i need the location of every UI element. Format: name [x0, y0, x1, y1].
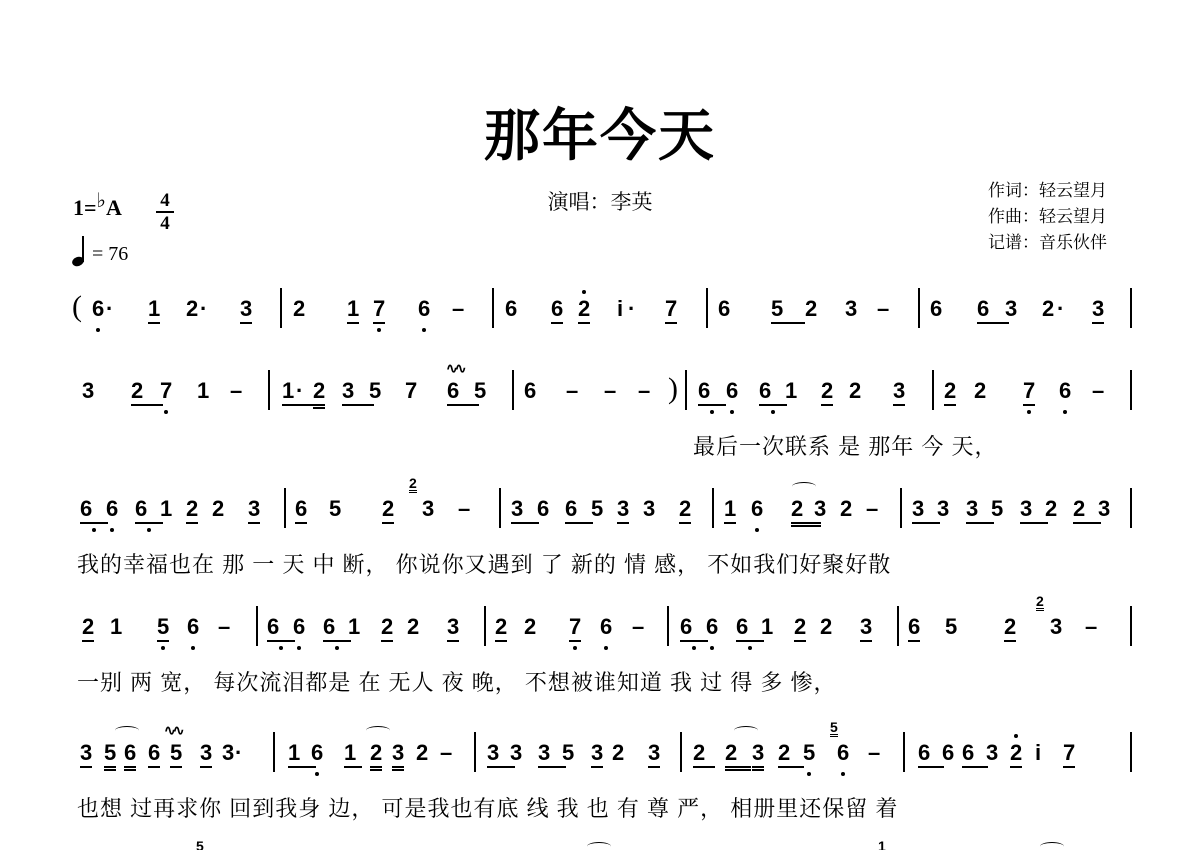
note: 2 — [82, 614, 94, 642]
note: 3 — [1050, 614, 1062, 640]
tempo-value: = 76 — [92, 243, 128, 266]
dash: – — [230, 378, 242, 404]
note: 5 — [562, 740, 574, 766]
note: 6 — [726, 378, 738, 404]
note: 5 — [170, 740, 182, 768]
note: 2 — [495, 614, 507, 642]
score-title: 那年今天 — [0, 92, 1200, 172]
note: 5 — [329, 496, 341, 522]
note: 2 — [524, 614, 536, 640]
note: 3 — [392, 740, 404, 771]
note: 6 — [962, 740, 988, 768]
note: 3 — [814, 496, 826, 522]
note: 2 — [381, 614, 393, 642]
note: 3 — [1098, 496, 1110, 522]
note: 5 — [945, 614, 957, 640]
note: 3 — [893, 378, 905, 406]
note: 6 — [718, 296, 730, 322]
note: 3 — [240, 296, 252, 324]
barline — [667, 606, 669, 646]
note: 6 — [295, 496, 307, 524]
grace-note: 2 — [409, 476, 417, 493]
note: 1 — [347, 296, 359, 324]
note: 1 — [344, 740, 362, 768]
note: 2 — [186, 496, 198, 524]
barline — [256, 606, 258, 646]
barline — [512, 370, 514, 410]
credits: 作词：轻云望月 作曲：轻云望月 记谱：音乐伙伴 — [988, 178, 1107, 256]
dash: – — [566, 378, 578, 404]
note: 2 — [578, 296, 590, 324]
note: 2 — [416, 740, 428, 766]
note: 2 — [1042, 296, 1054, 322]
slur — [366, 726, 390, 735]
lyricist-credit: 作词：轻云望月 — [988, 178, 1107, 204]
note: 1 — [348, 614, 360, 640]
dash: – — [868, 740, 880, 766]
note: 2 — [693, 740, 715, 768]
grace-note: 5 — [196, 838, 204, 850]
note: 3 — [82, 378, 94, 404]
note: 3 — [643, 496, 655, 522]
dot: · — [235, 740, 242, 766]
note: 2 — [313, 378, 325, 409]
key-signature: 1=♭A — [73, 195, 122, 221]
dot: · — [628, 296, 635, 322]
note: 2 — [1004, 614, 1016, 642]
note: 7 — [373, 296, 385, 324]
note: 6 — [293, 614, 305, 640]
note: 3 — [860, 614, 872, 642]
barline — [492, 288, 494, 328]
dash: – — [877, 296, 889, 322]
note: 3 — [986, 740, 998, 766]
barline — [900, 488, 902, 528]
key-tonic: A — [106, 195, 122, 220]
note: 6 — [124, 740, 136, 771]
dash: – — [452, 296, 464, 322]
barline — [1130, 488, 1132, 528]
dot: · — [1057, 296, 1064, 322]
note: 2 — [1073, 496, 1101, 524]
note: 2 — [186, 296, 198, 322]
note: 3 — [447, 614, 459, 642]
time-signature: 4 4 — [156, 191, 174, 233]
note: 6 — [698, 378, 726, 406]
grace-note: 2 — [1036, 594, 1044, 611]
mordent-icon: ∿∿ — [164, 722, 181, 739]
note: 6 — [942, 740, 954, 766]
note: 2 — [805, 296, 817, 322]
barline — [712, 488, 714, 528]
note: 6 — [418, 296, 430, 322]
dot: · — [200, 296, 207, 322]
note: 5 — [369, 378, 381, 404]
barline — [680, 732, 682, 772]
note: 2 — [821, 378, 833, 406]
note: 3 — [1092, 296, 1104, 324]
slur — [587, 842, 611, 850]
note: 2 — [849, 378, 861, 404]
note: 6 — [751, 496, 763, 522]
note: 2 — [794, 614, 806, 642]
close-paren: ) — [668, 372, 678, 406]
note: 3 — [752, 740, 764, 771]
grace-note: 1 — [878, 838, 886, 850]
note: i — [1035, 740, 1041, 766]
note: 5 — [771, 296, 805, 324]
slur — [115, 726, 139, 735]
flat-icon: ♭ — [97, 190, 106, 212]
note: 6 — [680, 614, 708, 642]
barline — [474, 732, 476, 772]
note: 2 — [407, 614, 419, 640]
note: 2 — [1010, 740, 1022, 768]
dash: – — [1085, 614, 1097, 640]
barline — [484, 606, 486, 646]
open-paren: ( — [72, 290, 82, 324]
note: 2 — [612, 740, 624, 766]
note: 2 — [1045, 496, 1057, 522]
note: 6 — [187, 614, 199, 640]
barline — [1130, 288, 1132, 328]
note: 2 — [840, 496, 852, 522]
dash: – — [1092, 378, 1104, 404]
note: 2 — [820, 614, 832, 640]
note: 7 — [665, 296, 677, 324]
note: 2 — [974, 378, 986, 404]
note: 6 — [537, 496, 549, 522]
note: 6 — [323, 614, 351, 642]
slur — [792, 482, 816, 491]
note: 5 — [474, 378, 486, 404]
slur — [734, 726, 758, 735]
note: 2 — [212, 496, 224, 522]
barline — [1130, 606, 1132, 646]
note: 1 — [110, 614, 122, 640]
note: 6 — [80, 496, 108, 524]
dash: – — [458, 496, 470, 522]
barline — [918, 288, 920, 328]
note: 5 — [591, 496, 603, 522]
note: 2 — [778, 740, 804, 768]
note: 1 — [785, 378, 797, 404]
note: 6 — [908, 614, 920, 642]
note: 6 — [551, 296, 563, 324]
note: i — [617, 296, 623, 322]
note: 6 — [565, 496, 593, 524]
barline — [284, 488, 286, 528]
barline — [897, 606, 899, 646]
dot: · — [296, 378, 303, 404]
note: 3 — [511, 496, 539, 524]
note: 5 — [157, 614, 169, 642]
barline — [268, 370, 270, 410]
note: 5 — [104, 740, 116, 771]
transcriber-credit: 记谱：音乐伙伴 — [988, 230, 1107, 256]
lyrics-line: 一别 两 宽， 每次流泪都是 在 无人 夜 晚， 不想被谁知道 我 过 得 多 … — [77, 666, 836, 697]
note: 1 — [724, 496, 736, 524]
note: 6 — [505, 296, 517, 322]
dash: – — [604, 378, 616, 404]
grace-note: 5 — [830, 720, 838, 737]
note: 6 — [524, 378, 536, 404]
note: 7 — [1063, 740, 1075, 768]
composer-credit: 作曲：轻云望月 — [988, 204, 1107, 230]
note: 6 — [706, 614, 718, 640]
note: 6 — [600, 614, 612, 640]
note: 6 — [736, 614, 764, 642]
note: 1 — [197, 378, 209, 404]
note: 2 — [293, 296, 305, 322]
note: 5 — [991, 496, 1003, 522]
note: 3 — [222, 740, 234, 766]
note: 1 — [148, 296, 160, 324]
note: 6 — [837, 740, 849, 766]
note: 1 — [761, 614, 773, 640]
note: 3 — [1005, 296, 1017, 322]
note: 3 — [937, 496, 949, 522]
dot: · — [106, 296, 113, 322]
note: 2 — [370, 740, 382, 771]
note: 6 — [1059, 378, 1071, 404]
note: 3 — [422, 496, 434, 522]
note: 6 — [267, 614, 295, 642]
dash: – — [638, 378, 650, 404]
time-sig-bottom: 4 — [156, 214, 174, 233]
barline — [932, 370, 934, 410]
lyrics-line: 也想 过再求你 回到我身 边， 可是我也有底 线 我 也 有 尊 严， 相册里还… — [77, 792, 898, 823]
barline — [273, 732, 275, 772]
note: 7 — [1023, 378, 1035, 406]
mordent-icon: ∿∿ — [446, 360, 463, 377]
note: 3 — [80, 740, 92, 768]
dash: – — [632, 614, 644, 640]
barline — [280, 288, 282, 328]
note: 6 — [106, 496, 118, 522]
note: 2 — [382, 496, 394, 524]
note: 6 — [148, 740, 160, 768]
dash: – — [440, 740, 452, 766]
barline — [499, 488, 501, 528]
note: 2 — [944, 378, 956, 406]
note: 6 — [135, 496, 163, 524]
note: 3 — [966, 496, 994, 524]
note: 3 — [248, 496, 260, 524]
note: 1 — [160, 496, 172, 522]
note: 7 — [569, 614, 581, 642]
note: 3 — [200, 740, 212, 768]
dash: – — [866, 496, 878, 522]
note: 3 — [845, 296, 857, 322]
note: 6 — [930, 296, 942, 322]
barline — [1130, 370, 1132, 410]
barline — [706, 288, 708, 328]
note: 2 — [679, 496, 691, 524]
note: 6 — [311, 740, 323, 766]
note: 7 — [405, 378, 417, 404]
quarter-note-icon — [72, 236, 84, 266]
note: 2 — [725, 740, 751, 771]
note: 3 — [1020, 496, 1048, 524]
note: 6 — [759, 378, 787, 406]
note: 3 — [912, 496, 940, 524]
note: 6 — [918, 740, 944, 768]
note: 3 — [510, 740, 522, 766]
note: 7 — [160, 378, 172, 404]
dash: – — [218, 614, 230, 640]
barline — [1130, 732, 1132, 772]
lyrics-line: 最后一次联系 是 那年 今 天， — [693, 430, 997, 461]
slur — [1040, 842, 1064, 850]
lyrics-line: 我的幸福也在 那 一 天 中 断， 你说你又遇到 了 新的 情 感， 不如我们好… — [77, 548, 891, 579]
note: 3 — [591, 740, 603, 768]
key-prefix: 1= — [73, 195, 97, 220]
note: 5 — [803, 740, 815, 766]
note: 6 — [92, 296, 104, 322]
time-sig-top: 4 — [156, 191, 174, 210]
note: 3 — [617, 496, 629, 524]
note: 3 — [648, 740, 660, 768]
note: 2 — [131, 378, 163, 406]
barline — [685, 370, 687, 410]
tempo-marking: = 76 — [72, 236, 128, 266]
barline — [903, 732, 905, 772]
